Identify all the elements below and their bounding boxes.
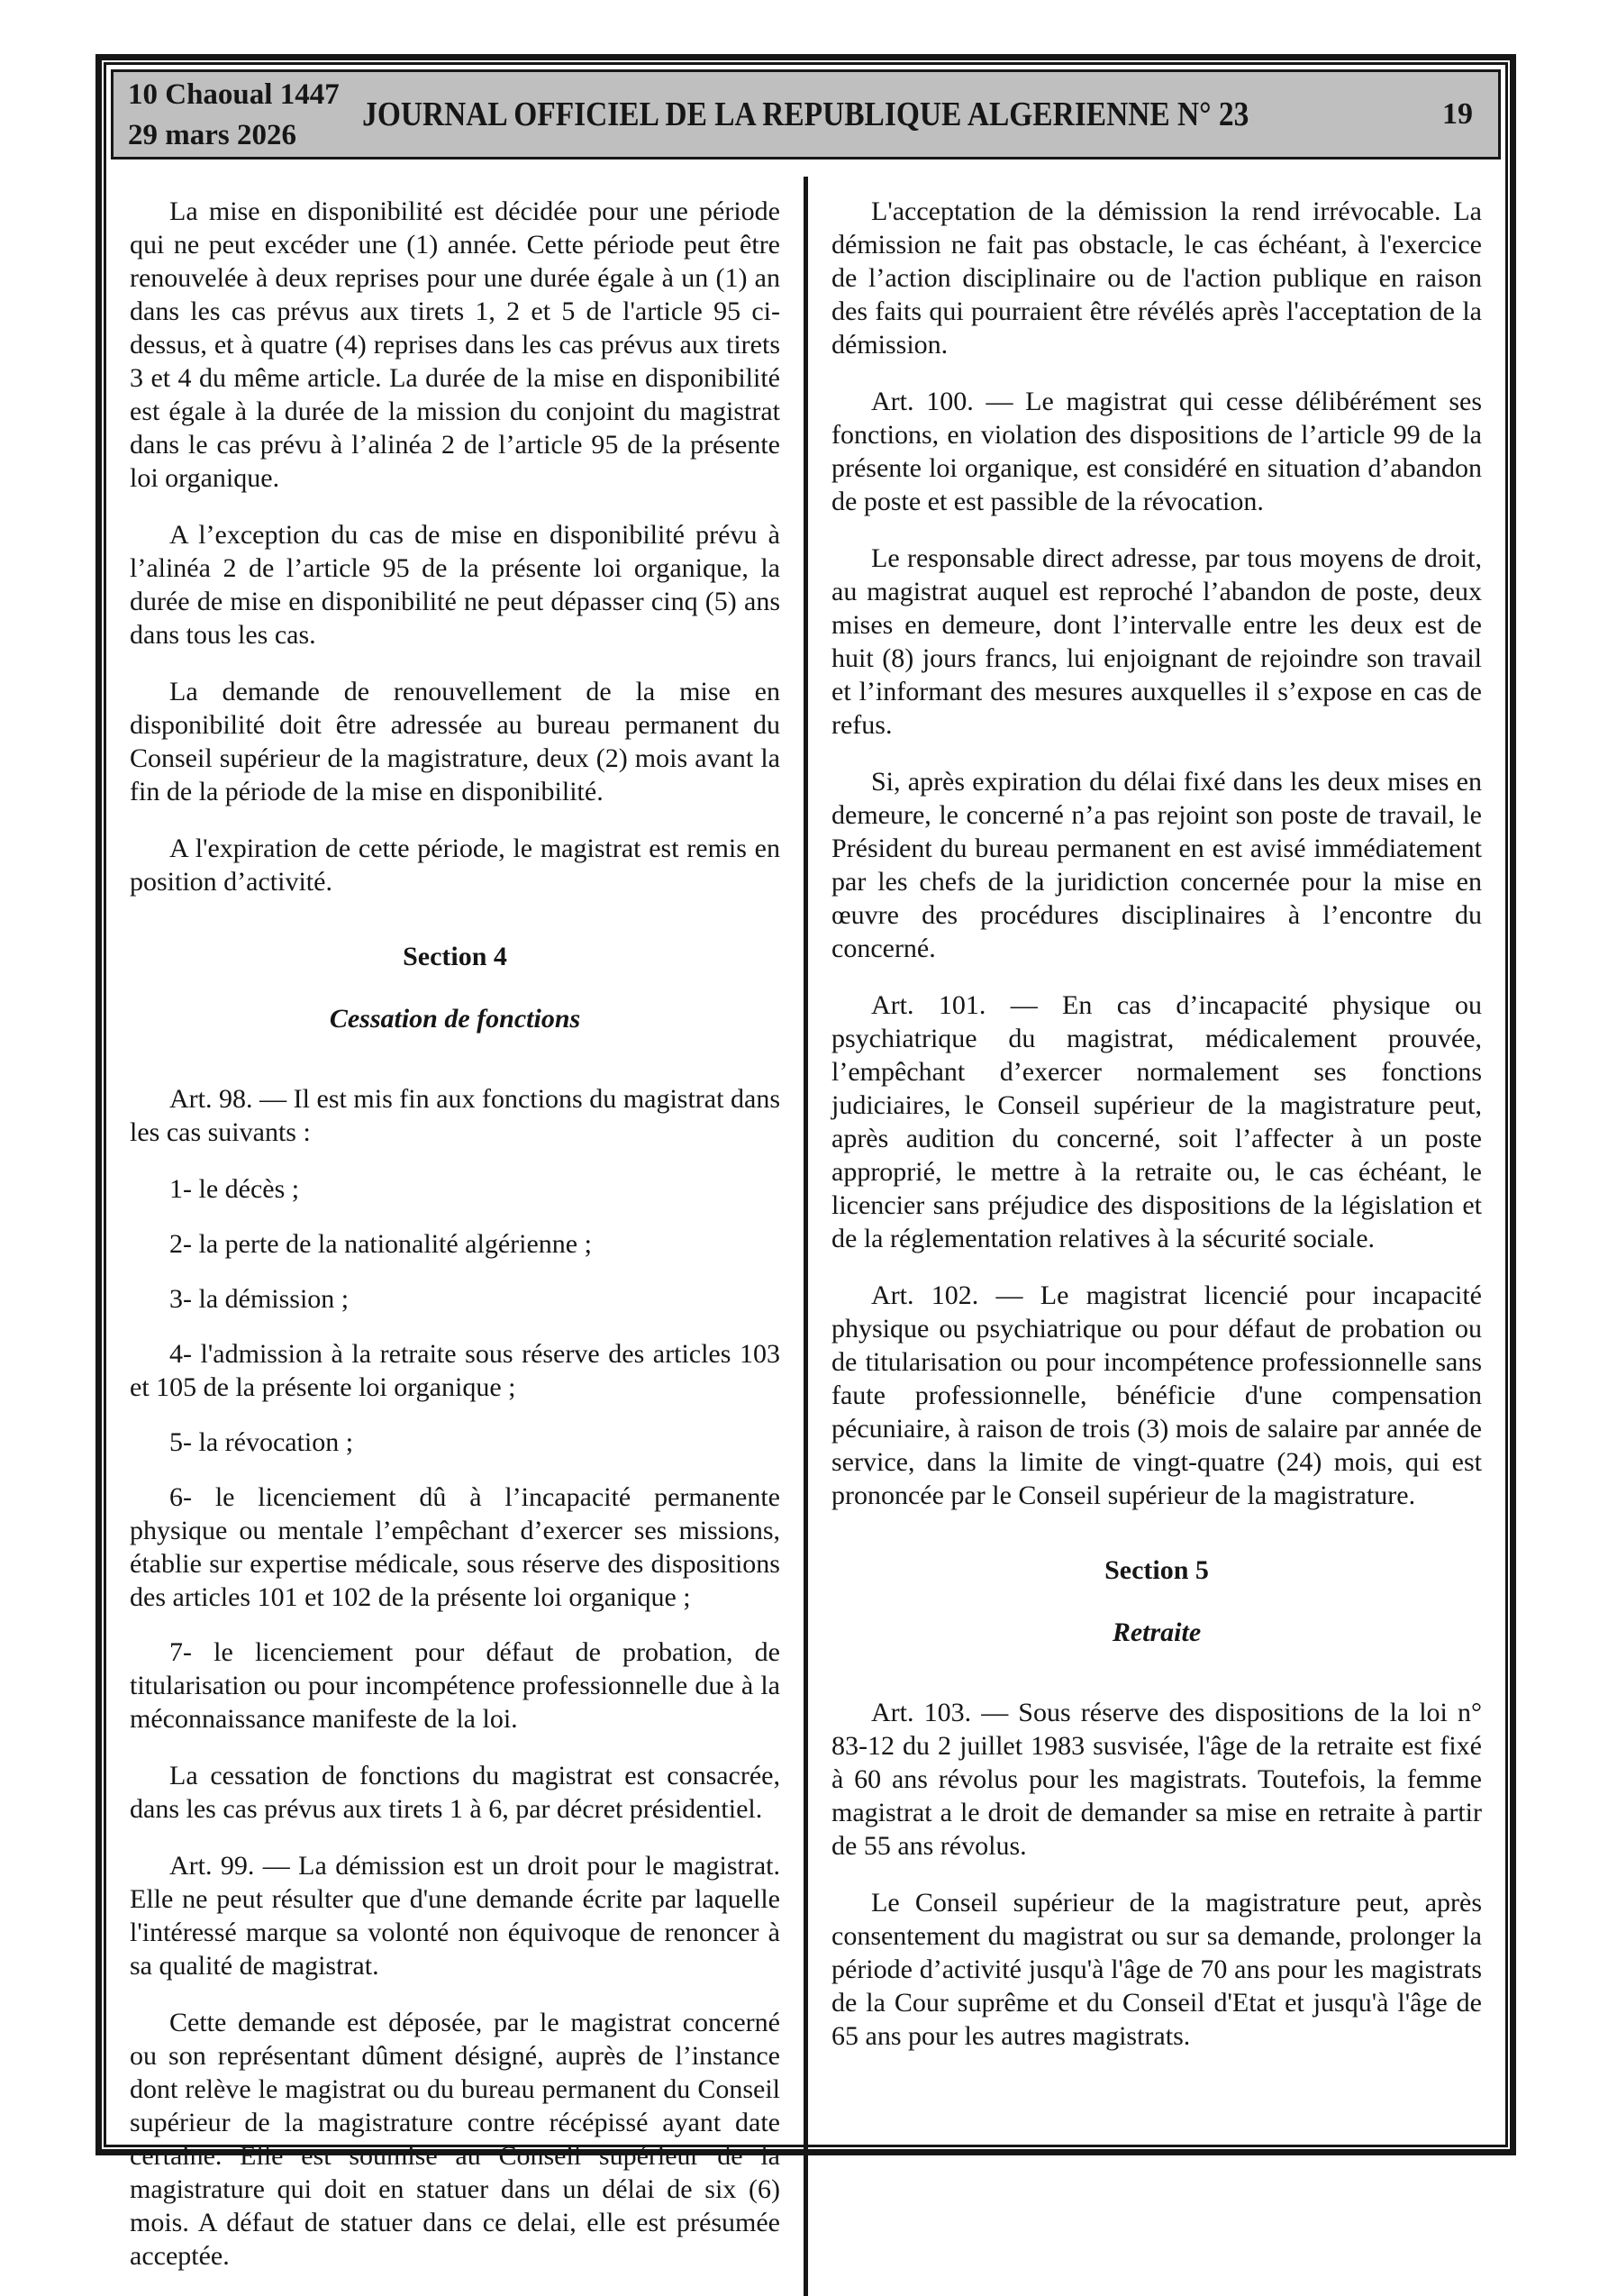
masthead: 10 Chaoual 1447 29 mars 2026 JOURNAL OFF…	[111, 69, 1501, 159]
section-subheading: Cessation de fonctions	[130, 1002, 780, 1035]
paragraph: Le responsable direct adresse, par tous …	[831, 542, 1482, 742]
list-item: 1- le décès ;	[130, 1172, 780, 1206]
paragraph: Art. 99. — La démission est un droit pou…	[130, 1849, 780, 1982]
section-subheading: Retraite	[831, 1616, 1482, 1649]
paragraph: Art. 100. — Le magistrat qui cesse délib…	[831, 385, 1482, 518]
two-column-body: La mise en disponibilité est décidée pou…	[106, 164, 1505, 2296]
section-heading: Section 5	[831, 1553, 1482, 1587]
paragraph: La mise en disponibilité est décidée pou…	[130, 195, 780, 495]
left-column: La mise en disponibilité est décidée pou…	[130, 177, 780, 2296]
paragraph: A l'expiration de cette période, le magi…	[130, 832, 780, 898]
paragraph: A l’exception du cas de mise en disponib…	[130, 518, 780, 651]
paragraph: Art. 102. — Le magistrat licencié pour i…	[831, 1279, 1482, 1512]
list-item: 4- l'admission à la retraite sous réserv…	[130, 1337, 780, 1404]
list-item: 6- le licenciement dû à l’incapacité per…	[130, 1481, 780, 1614]
paragraph: La cessation de fonctions du magistrat e…	[130, 1759, 780, 1826]
paragraph: Art. 101. — En cas d’incapacité physique…	[831, 989, 1482, 1255]
paragraph: La demande de renouvellement de la mise …	[130, 675, 780, 808]
masthead-dates: 10 Chaoual 1447 29 mars 2026	[128, 75, 340, 156]
column-divider-rule	[804, 177, 808, 2296]
journal-title: JOURNAL OFFICIEL DE LA REPUBLIQUE ALGERI…	[362, 95, 1249, 134]
list-item: 3- la démission ;	[130, 1282, 780, 1316]
page-number: 19	[1442, 97, 1473, 132]
list-item: 5- la révocation ;	[130, 1426, 780, 1459]
page-frame: 10 Chaoual 1447 29 mars 2026 JOURNAL OFF…	[95, 54, 1516, 2155]
paragraph: Art. 98. — Il est mis fin aux fonctions …	[130, 1082, 780, 1149]
paragraph: Cette demande est déposée, par le magist…	[130, 2006, 780, 2273]
paragraph: Le Conseil supérieur de la magistrature …	[831, 1886, 1482, 2053]
list-item: 2- la perte de la nationalité algérienne…	[130, 1227, 780, 1261]
right-column: L'acceptation de la démission la rend ir…	[831, 177, 1482, 2296]
section-heading: Section 4	[130, 940, 780, 973]
date-gregorian: 29 mars 2026	[128, 115, 340, 156]
paragraph: Art. 103. — Sous réserve des disposition…	[831, 1696, 1482, 1863]
paragraph: Si, après expiration du délai fixé dans …	[831, 765, 1482, 965]
page-frame-inner-rule: 10 Chaoual 1447 29 mars 2026 JOURNAL OFF…	[104, 62, 1508, 2147]
paragraph: L'acceptation de la démission la rend ir…	[831, 195, 1482, 361]
date-hijri: 10 Chaoual 1447	[128, 75, 340, 115]
list-item: 7- le licenciement pour défaut de probat…	[130, 1635, 780, 1736]
